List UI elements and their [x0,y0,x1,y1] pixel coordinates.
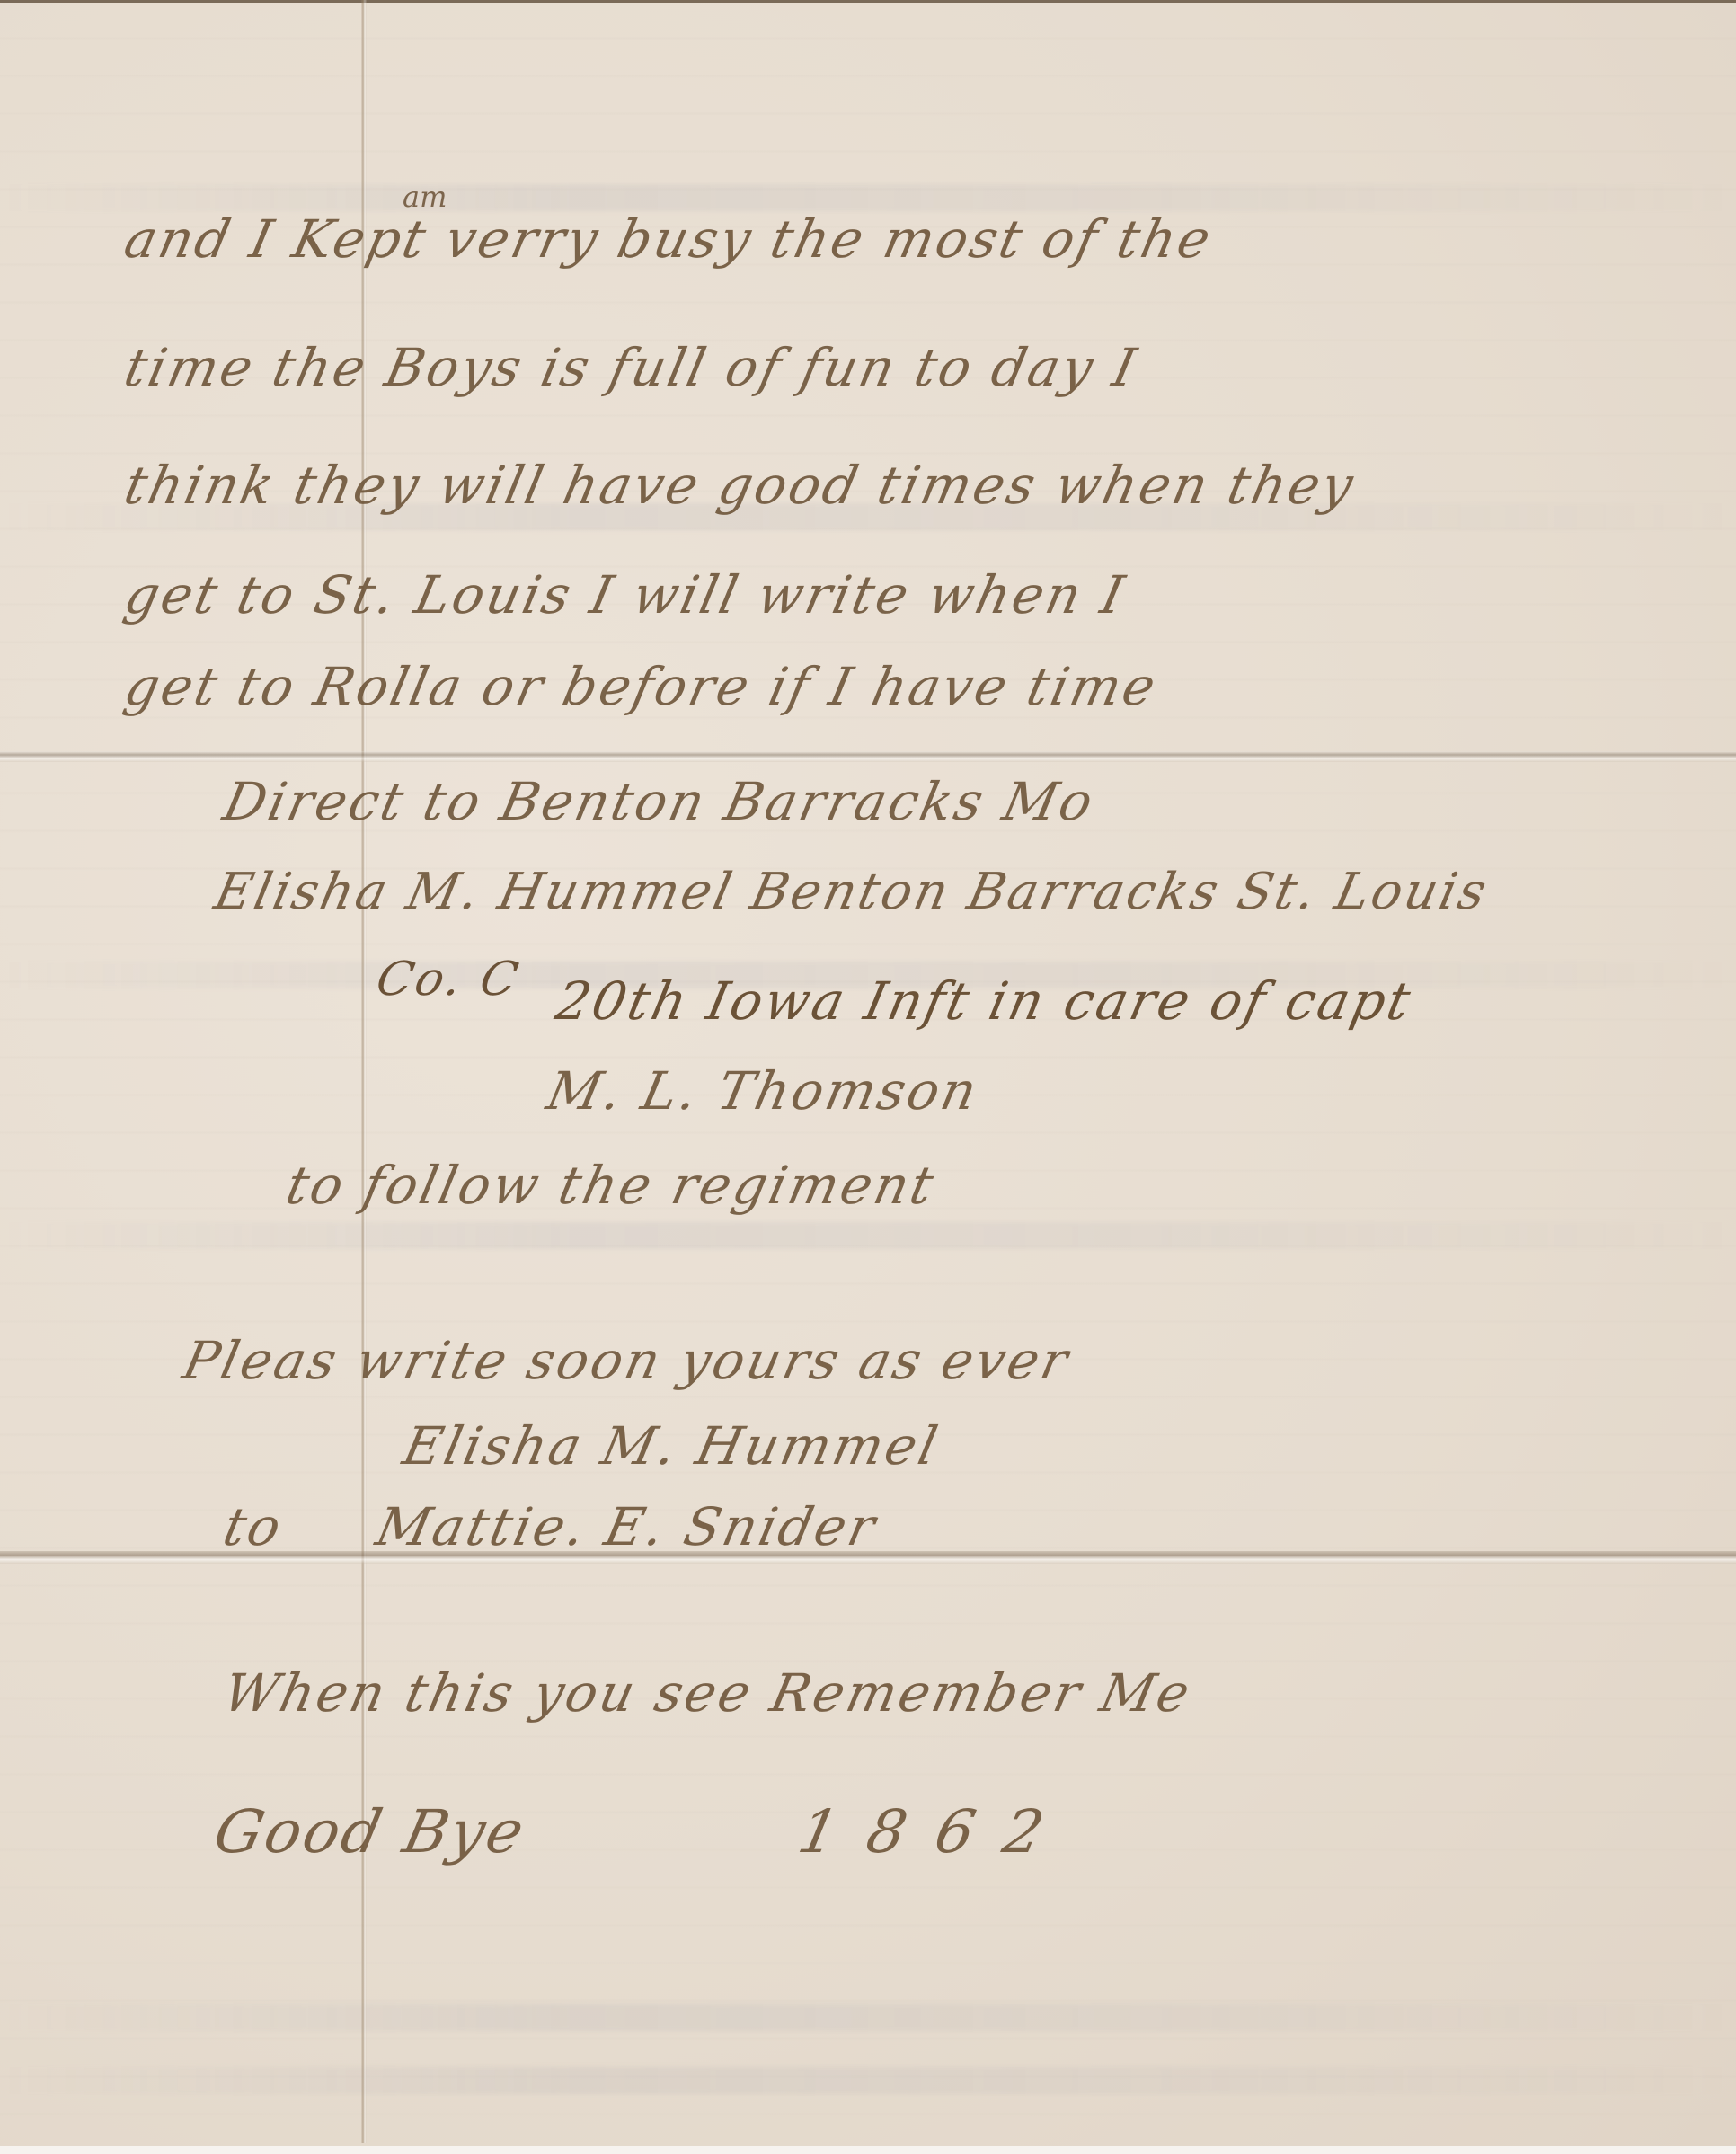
address-line-5: to follow the regiment [281,1155,942,1216]
year: 1862 [793,1797,1080,1866]
closing-line: Pleas write soon yours as ever [178,1330,1076,1391]
address-line-2: Elisha M. Hummel Benton Barracks St. Lou… [209,863,1493,921]
recipient-name: Mattie. E. Snider [371,1496,883,1557]
bleed-through-text [0,1222,1736,1249]
horizontal-fold-crease [0,751,1736,762]
body-line-1: and I Kept verry busy the most of the [120,208,1218,270]
bleed-through-text [0,2067,1736,2094]
body-line-5: get to Rolla or before if I have time [120,656,1164,717]
address-line-1: Direct to Benton Barracks Mo [218,771,1101,832]
address-line-4: M. L. Thomson [542,1060,985,1121]
farewell: Good Bye [208,1797,533,1866]
bleed-through-text [0,2004,1736,2031]
postscript-line: When this you see Remember Me [218,1662,1198,1724]
signature: Elisha M. Hummel [398,1415,945,1476]
body-line-2: time the Boys is full of fun to day I [120,337,1144,398]
body-line-4: get to St. Louis I will write when I [120,564,1132,625]
bleed-through-text [0,184,1736,211]
company-label: Co. C [372,953,526,1006]
address-line-3: 20th Iowa Inft in care of capt [551,971,1419,1032]
body-line-3: think they will have good times when the… [120,455,1361,516]
